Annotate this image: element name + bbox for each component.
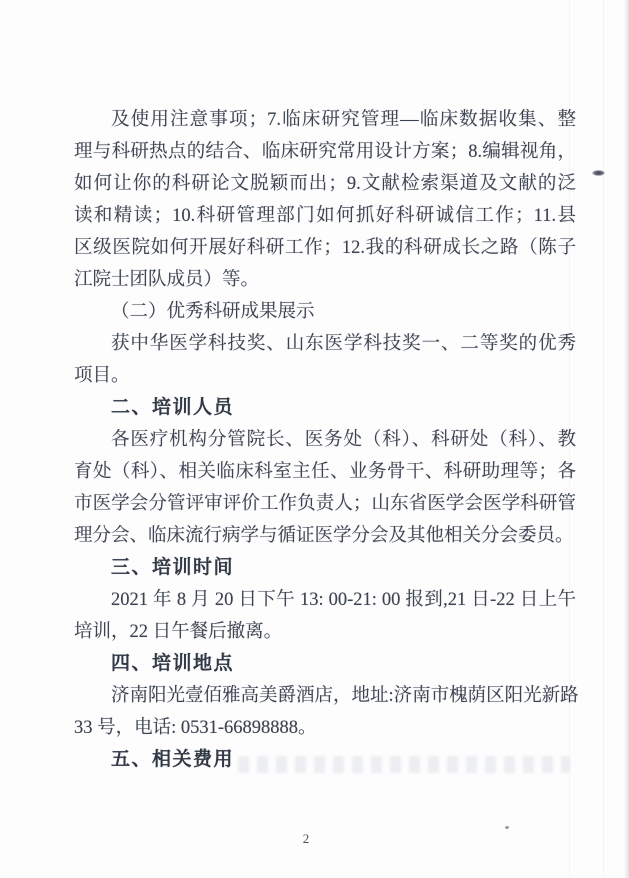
section-heading-text: 三、培训时间 <box>74 552 576 584</box>
text-line: 区级医院如何开展好科研工作；12.我的科研成长之路（陈子 <box>74 232 576 264</box>
scanned-document-page: 及使用注意事项；7.临床研究管理—临床数据收集、整 理与科研热点的结合、临床研究… <box>0 0 629 878</box>
ink-smudge-artifact <box>592 170 605 176</box>
scan-streak-artifact <box>569 0 570 878</box>
text-line: 济南阳光壹佰雅高美爵酒店，地址:济南市槐荫区阳光新路 <box>74 680 576 712</box>
text-line: 理分会、临床流行病学与循证医学分会及其他相关分会委员。 <box>74 520 576 552</box>
paragraph: 济南阳光壹佰雅高美爵酒店，地址:济南市槐荫区阳光新路 33 号，电话: 0531… <box>74 680 576 744</box>
paragraph: 获中华医学科技奖、山东医学科技奖一、二等奖的优秀 项目。 <box>74 328 576 392</box>
text-line: 江院士团队成员）等。 <box>74 264 576 296</box>
paragraph: 各医疗机构分管院长、医务处（科）、科研处（科）、教 育处（科）、相关临床科室主任… <box>74 424 576 552</box>
scan-streak-artifact <box>603 0 604 878</box>
text-line: 项目。 <box>74 360 576 392</box>
text-line: 读和精读；10.科研管理部门如何抓好科研诚信工作；11.县 <box>74 200 576 232</box>
paragraph: （二）优秀科研成果展示 <box>74 296 576 328</box>
paragraph: 2021 年 8 月 20 日下午 13: 00-21: 00 报到,21 日-… <box>74 584 576 648</box>
text-line: 各医疗机构分管院长、医务处（科）、科研处（科）、教 <box>74 424 576 456</box>
text-line: 市医学会分管评审评价工作负责人；山东省医学会医学科研管 <box>74 488 576 520</box>
paragraph: 及使用注意事项；7.临床研究管理—临床数据收集、整 理与科研热点的结合、临床研究… <box>74 104 576 296</box>
subsection-title: （二）优秀科研成果展示 <box>74 296 576 328</box>
text-line: 如何让你的科研论文脱颖而出；9.文献检索渠道及文献的泛 <box>74 168 576 200</box>
text-line: 育处（科）、相关临床科室主任、业务骨干、科研助理等；各 <box>74 456 576 488</box>
ink-speck-artifact <box>505 826 509 829</box>
text-line: 及使用注意事项；7.临床研究管理—临床数据收集、整 <box>74 104 576 136</box>
section-heading-text: 二、培训人员 <box>74 392 576 424</box>
section-heading-trainees: 二、培训人员 <box>74 392 576 424</box>
text-line: 培训，22 日午餐后撤离。 <box>74 616 576 648</box>
section-heading-location: 四、培训地点 <box>74 648 576 680</box>
page-edge-shadow <box>624 0 629 878</box>
text-line: 33 号，电话: 0531-66898888。 <box>74 712 576 744</box>
text-line: 2021 年 8 月 20 日下午 13: 00-21: 00 报到,21 日-… <box>74 584 576 616</box>
text-line: 获中华医学科技奖、山东医学科技奖一、二等奖的优秀 <box>74 328 576 360</box>
bleed-through-artifact <box>238 756 570 773</box>
section-heading-text: 四、培训地点 <box>74 648 576 680</box>
document-content: 及使用注意事项；7.临床研究管理—临床数据收集、整 理与科研热点的结合、临床研究… <box>74 104 576 776</box>
page-number: 2 <box>0 831 612 847</box>
text-line: 理与科研热点的结合、临床研究常用设计方案；8.编辑视角， <box>74 136 576 168</box>
section-heading-time: 三、培训时间 <box>74 552 576 584</box>
